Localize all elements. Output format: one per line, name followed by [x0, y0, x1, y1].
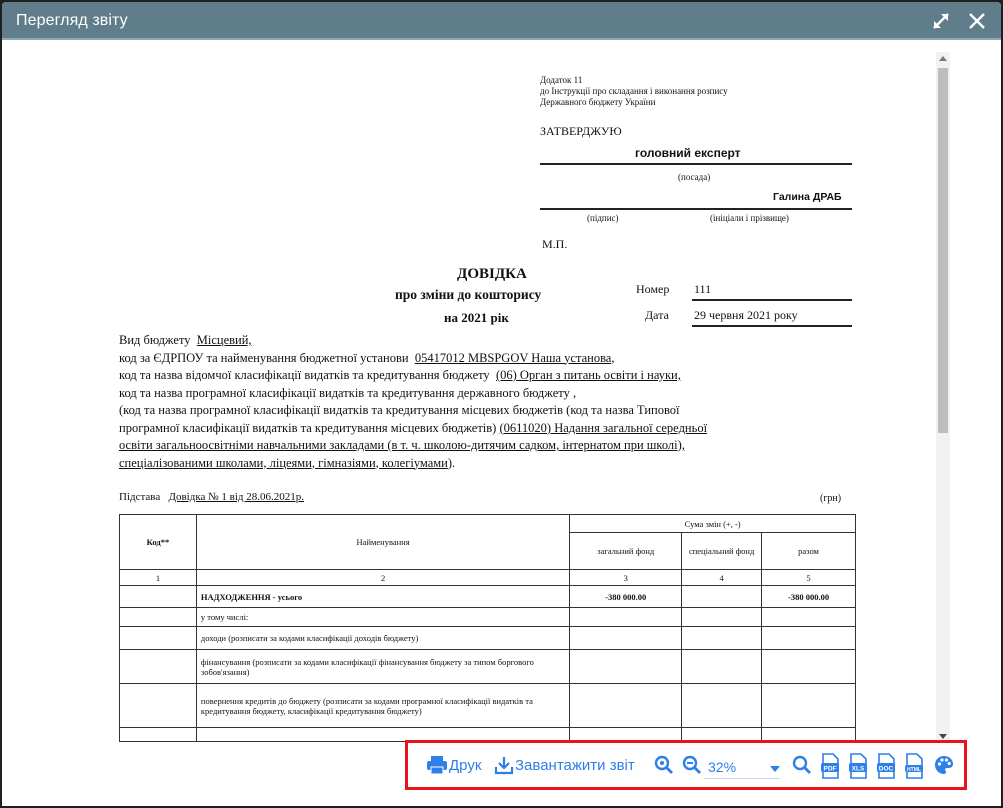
cell-special — [682, 586, 762, 608]
expand-button[interactable] — [928, 8, 954, 34]
dialog-titlebar: Перегляд звіту — [2, 2, 1001, 40]
cell-name: доходи (розписати за кодами класифікації… — [196, 627, 569, 650]
download-label: Завантажити звіт — [515, 757, 635, 774]
header-code: Код** — [120, 515, 197, 570]
cell-total: -380 000.00 — [762, 586, 856, 608]
position-caption: (посада) — [678, 172, 710, 183]
cell-general — [570, 650, 682, 684]
table-row: повернення кредитів до бюджету (розписат… — [120, 684, 856, 728]
stamp-label: М.П. — [542, 237, 567, 252]
signature-line — [540, 208, 852, 210]
annex-line-3: Державного бюджету України — [540, 97, 655, 108]
report-preview-dialog: Перегляд звіту Додаток 11 до Інструкції … — [2, 2, 1001, 806]
chevron-down-icon — [770, 759, 780, 775]
scroll-up-button[interactable] — [936, 52, 950, 64]
download-report-button[interactable]: Завантажити звіт — [494, 755, 635, 775]
download-icon — [494, 755, 514, 775]
number-label: Номер — [636, 282, 669, 297]
printer-icon — [426, 755, 448, 775]
approver-name: Галина ДРАБ — [773, 191, 842, 203]
local-program-line-3: освіти загальноосвітніми навчальними зак… — [119, 438, 685, 452]
cell-code — [120, 627, 197, 650]
arrow-up-icon — [939, 56, 947, 61]
colnum: 1 — [120, 570, 197, 586]
report-year: на 2021 рік — [444, 310, 509, 326]
changes-table: Код** Найменування Сума змін (+, -) зага… — [119, 514, 856, 742]
cell-special — [682, 650, 762, 684]
zoom-level-select[interactable]: 32% — [704, 755, 780, 779]
table-row: фінансування (розписати за кодами класиф… — [120, 650, 856, 684]
cell-special — [682, 627, 762, 650]
cell-special — [682, 608, 762, 627]
export-html-button[interactable]: HTML — [904, 753, 924, 779]
export-xls-button[interactable]: XLS — [848, 753, 868, 779]
file-pdf-icon: PDF — [820, 753, 840, 779]
initials-caption: (ініціали і прізвище) — [710, 213, 789, 224]
report-subtitle: про зміни до кошторису — [395, 287, 541, 303]
position-line — [540, 163, 852, 165]
cell-code — [120, 728, 197, 742]
theme-palette-button[interactable] — [934, 755, 954, 775]
cell-name: у тому числі: — [196, 608, 569, 627]
zoom-level-value: 32% — [708, 759, 736, 775]
cell-general — [570, 627, 682, 650]
table-row: у тому числі: — [120, 608, 856, 627]
table-row: НАДХОДЖЕННЯ - усього-380 000.00-380 000.… — [120, 586, 856, 608]
basis-value: Довідка № 1 від 28.06.2021р. — [168, 491, 304, 503]
colnum: 4 — [682, 570, 762, 586]
search-icon — [792, 755, 812, 775]
zoom-out-icon — [682, 755, 702, 775]
cell-special — [682, 684, 762, 728]
state-program-label: код та назва програмної класифікації вид… — [119, 386, 576, 400]
cell-name: повернення кредитів до бюджету (розписат… — [196, 684, 569, 728]
local-program-line-2-label: програмної класифікації видатків та кред… — [119, 421, 496, 435]
table-row: доходи (розписати за кодами класифікації… — [120, 627, 856, 650]
edrpou-value: 05417012 MBSPGOV Наша установа, — [415, 351, 615, 365]
export-doc-button[interactable]: DOC — [876, 753, 896, 779]
report-details: Вид бюджету Місцевий, код за ЄДРПОУ та н… — [119, 332, 707, 472]
palette-icon — [934, 755, 954, 775]
header-general-fund: загальний фонд — [570, 533, 682, 570]
zoom-out-button[interactable] — [682, 755, 702, 775]
dept-class-label: код та назва відомчої класифікації видат… — [119, 368, 490, 382]
cell-code — [120, 650, 197, 684]
header-special-fund: спеціальний фонд — [682, 533, 762, 570]
zoom-in-button[interactable] — [654, 755, 674, 775]
dialog-title: Перегляд звіту — [16, 12, 128, 30]
basis: Підстава Довідка № 1 від 28.06.2021р. — [119, 491, 304, 503]
report-viewport[interactable]: Додаток 11 до Інструкції про складання і… — [2, 42, 1001, 742]
edrpou-label: код за ЄДРПОУ та найменування бюджетної … — [119, 351, 409, 365]
report-toolbar: Друк Завантажити звіт 32% — [405, 740, 967, 790]
colnum: 3 — [570, 570, 682, 586]
search-button[interactable] — [792, 755, 812, 775]
svg-text:XLS: XLS — [852, 766, 865, 773]
cell-total — [762, 627, 856, 650]
svg-text:DOC: DOC — [879, 766, 894, 773]
cell-total — [762, 650, 856, 684]
cell-total — [762, 684, 856, 728]
cell-name: НАДХОДЖЕННЯ - усього — [196, 586, 569, 608]
cell-general — [570, 608, 682, 627]
report-title: ДОВІДКА — [457, 266, 527, 283]
print-button[interactable]: Друк — [426, 755, 481, 775]
zoom-in-icon — [654, 755, 674, 775]
cell-name: фінансування (розписати за кодами класиф… — [196, 650, 569, 684]
svg-text:PDF: PDF — [824, 766, 837, 773]
currency-label: (грн) — [820, 493, 841, 504]
file-html-icon: HTML — [904, 753, 924, 779]
local-program-line-4: спеціалізованими школами, ліцеями, гімна… — [119, 456, 448, 470]
annex-line-2: до Інструкції про складання і виконання … — [540, 86, 728, 97]
column-number-row: 1 2 3 4 5 — [120, 570, 856, 586]
close-button[interactable] — [964, 8, 990, 34]
file-xls-icon: XLS — [848, 753, 868, 779]
header-total: разом — [762, 533, 856, 570]
signature-caption: (підпис) — [587, 213, 619, 224]
cell-general — [570, 684, 682, 728]
expand-arrows-icon — [931, 11, 951, 31]
close-icon — [968, 12, 986, 30]
number-value: 111 — [694, 282, 711, 297]
local-program-line-1: (код та назва програмної класифікації ви… — [119, 403, 680, 417]
date-underline — [692, 325, 852, 327]
cell-code — [120, 608, 197, 627]
budget-type-value: Місцевий, — [197, 333, 252, 347]
approver-position: головний експерт — [635, 146, 741, 160]
local-program-tail: ). — [448, 456, 455, 470]
scrollbar-thumb[interactable] — [938, 68, 948, 433]
cell-code — [120, 684, 197, 728]
report-page: Додаток 11 до Інструкції про складання і… — [2, 42, 932, 742]
cell-code — [120, 586, 197, 608]
header-name: Найменування — [196, 515, 569, 570]
header-sum-group: Сума змін (+, -) — [570, 515, 856, 533]
date-value: 29 червня 2021 року — [694, 308, 798, 323]
file-doc-icon: DOC — [876, 753, 896, 779]
svg-text:HTML: HTML — [907, 767, 921, 773]
print-label: Друк — [449, 757, 481, 774]
cell-general: -380 000.00 — [570, 586, 682, 608]
annex-line-1: Додаток 11 — [540, 75, 582, 86]
vertical-scrollbar[interactable] — [936, 52, 950, 742]
number-underline — [692, 299, 852, 301]
basis-label: Підстава — [119, 491, 160, 503]
colnum: 2 — [196, 570, 569, 586]
approve-label: ЗАТВЕРДЖУЮ — [540, 124, 622, 139]
dept-class-value: (06) Орган з питань освіти і науки, — [496, 368, 681, 382]
export-pdf-button[interactable]: PDF — [820, 753, 840, 779]
arrow-down-icon — [939, 734, 947, 739]
budget-type-label: Вид бюджету — [119, 333, 191, 347]
local-program-value: (0611020) Надання загальної середньої — [499, 421, 707, 435]
cell-total — [762, 608, 856, 627]
date-label: Дата — [645, 308, 669, 323]
colnum: 5 — [762, 570, 856, 586]
